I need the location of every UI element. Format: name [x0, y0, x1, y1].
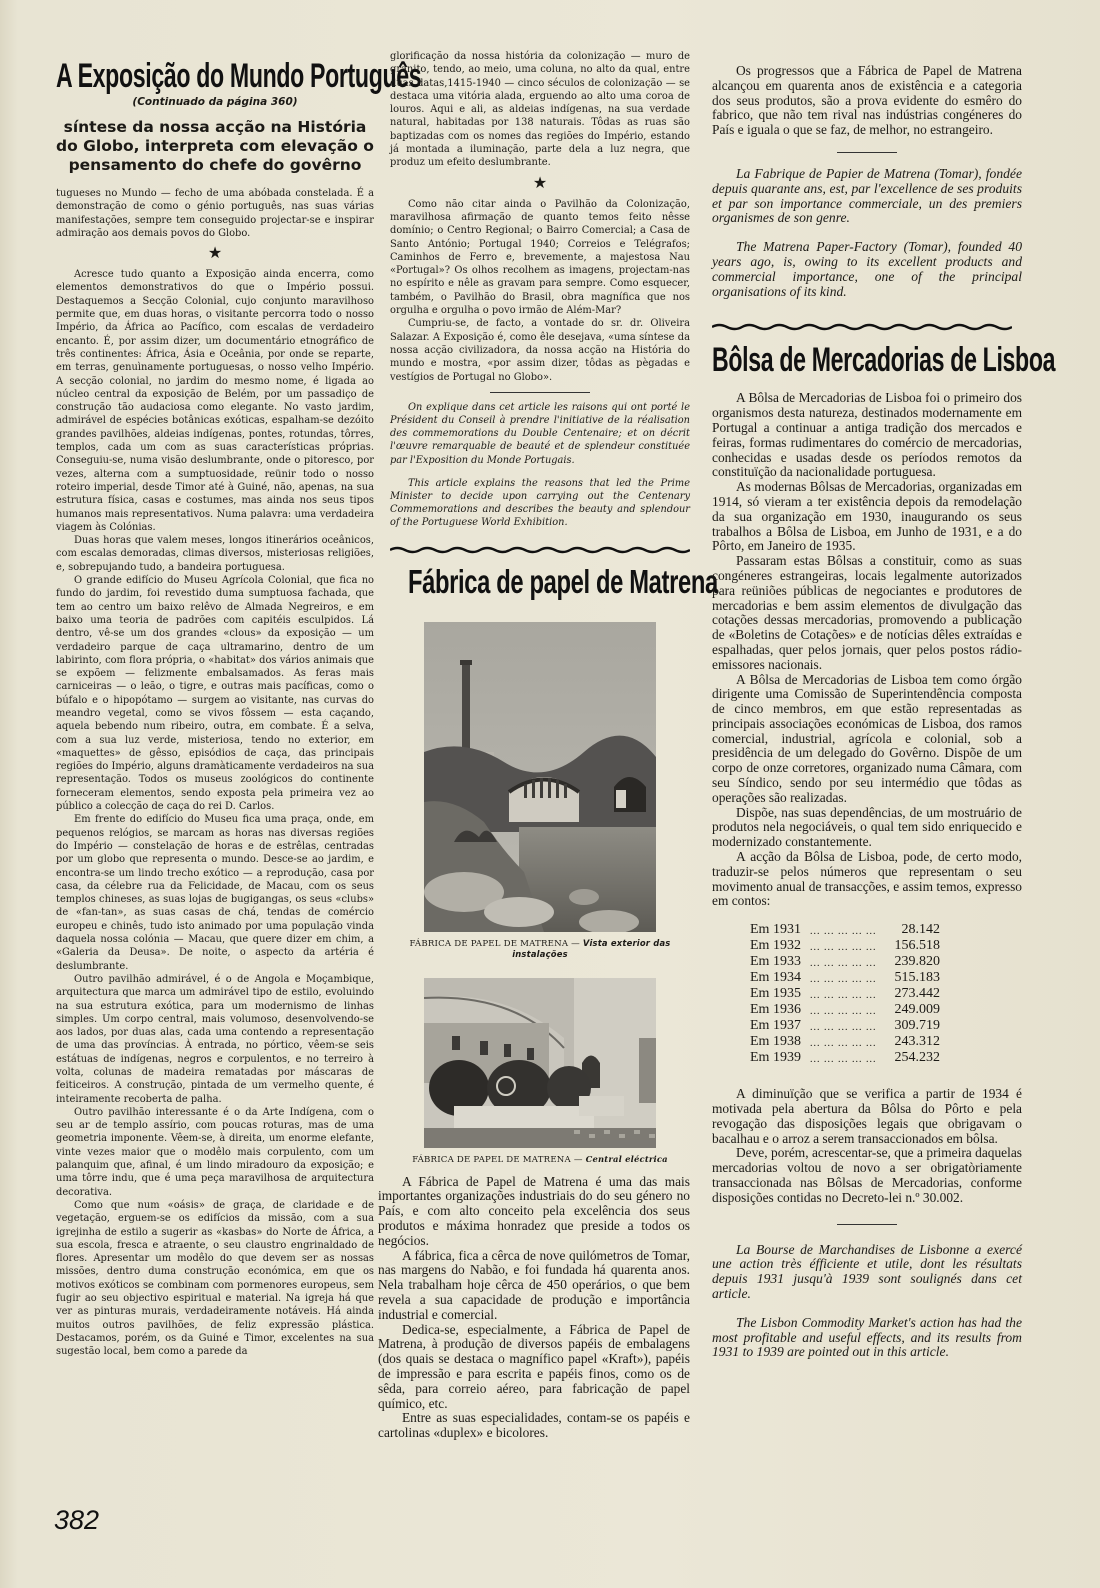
leader-dots: ... ... ... ... ... — [810, 923, 882, 939]
summary-text: This article explains the reasons that l… — [390, 477, 690, 530]
table-row: Em 1937... ... ... ... ...309.719 — [750, 1019, 940, 1035]
year-label: Em 1939 — [750, 1051, 810, 1067]
value: 309.719 — [882, 1019, 940, 1035]
leader-dots: ... ... ... ... ... — [810, 971, 882, 987]
value: 249.009 — [882, 1003, 940, 1019]
paragraph: Duas horas que valem meses, longos itine… — [56, 534, 374, 574]
column-2: glorificação da nossa história da coloni… — [390, 50, 690, 1441]
wavy-rule-divider — [712, 323, 1012, 331]
continued-note: (Continuado da página 360) — [56, 96, 374, 108]
table-row: Em 1936... ... ... ... ...249.009 — [750, 1003, 940, 1019]
wavy-rule-divider — [390, 546, 690, 554]
summary-french: On explique dans cet article les raisons… — [390, 401, 690, 467]
table-row: Em 1934... ... ... ... ...515.183 — [750, 971, 940, 987]
paragraph: A diminuïção que se verifica a partir de… — [712, 1087, 1022, 1146]
year-label: Em 1933 — [750, 955, 810, 971]
article-body-matrena: A Fábrica de Papel de Matrena é uma das … — [378, 1175, 690, 1441]
article-body-bolsa: A Bôlsa de Mercadorias de Lisboa foi o p… — [712, 391, 1022, 909]
paragraph: A Bôlsa de Mercadorias de Lisboa foi o p… — [712, 391, 1022, 480]
paragraph: Os progressos que a Fábrica de Papel de … — [712, 64, 1022, 138]
year-label: Em 1931 — [750, 923, 810, 939]
summary-text: The Lisbon Commodity Market's action has… — [712, 1316, 1022, 1360]
factory-exterior-image — [424, 622, 656, 932]
page-number: 382 — [54, 1505, 99, 1536]
summary-english: This article explains the reasons that l… — [390, 477, 690, 530]
column-1: A Exposição do Mundo Português (Continua… — [56, 58, 374, 1359]
table-row: Em 1933... ... ... ... ...239.820 — [750, 955, 940, 971]
paragraph: A Bôlsa de Mercadorias de Lisboa tem com… — [712, 673, 1022, 806]
summary-text: The Matrena Paper-Factory (Tomar), found… — [712, 240, 1022, 299]
year-label: Em 1934 — [750, 971, 810, 987]
summary-text: La Bourse de Marchandises de Lisbonne a … — [712, 1243, 1022, 1302]
table-row: Em 1939... ... ... ... ...254.232 — [750, 1051, 940, 1067]
photo-factory-exterior — [424, 622, 656, 932]
paragraph: Cumpriu-se, de facto, a vontade do sr. d… — [390, 317, 690, 383]
photo-caption-power-station: FÁBRICA DE PAPEL DE MATRENA — Central el… — [390, 1154, 690, 1165]
caption-text: FÁBRICA DE PAPEL DE MATRENA — — [412, 1155, 585, 1165]
value: 243.312 — [882, 1035, 940, 1051]
article-body-bolsa-cont: A diminuïção que se verifica a partir de… — [712, 1087, 1022, 1205]
leader-dots: ... ... ... ... ... — [810, 1019, 882, 1035]
leader-dots: ... ... ... ... ... — [810, 987, 882, 1003]
paragraph: glorificação da nossa história da coloni… — [390, 50, 690, 170]
table-row: Em 1938... ... ... ... ...243.312 — [750, 1035, 940, 1051]
paragraph: A Fábrica de Papel de Matrena é uma das … — [378, 1175, 690, 1249]
paragraph: Acresce tudo quanto a Exposição ainda en… — [56, 268, 374, 534]
paragraph: Como não citar ainda o Pavilhão da Colon… — [390, 198, 690, 318]
paragraph: A acção da Bôlsa de Lisboa, pode, de cer… — [712, 850, 1022, 909]
divider — [837, 152, 897, 153]
summary-english-bolsa: The Lisbon Commodity Market's action has… — [712, 1316, 1022, 1360]
paragraph: Deve, porém, acrescentar-se, que a prime… — [712, 1146, 1022, 1205]
paragraph: Outro pavilhão interessante é o da Arte … — [56, 1106, 374, 1199]
table-row: Em 1935... ... ... ... ...273.442 — [750, 987, 940, 1003]
article-title-exposicao: A Exposição do Mundo Português — [56, 58, 272, 94]
table-row: Em 1932... ... ... ... ...156.518 — [750, 939, 940, 955]
paragraph: O grande edifício do Museu Agrícola Colo… — [56, 574, 374, 813]
photo-power-station — [424, 978, 656, 1148]
summary-text: La Fabrique de Papier de Matrena (Tomar)… — [712, 167, 1022, 226]
transactions-table: Em 1931... ... ... ... ...28.142 Em 1932… — [750, 923, 1022, 1067]
summary-english-matrena: The Matrena Paper-Factory (Tomar), found… — [712, 240, 1022, 299]
leader-dots: ... ... ... ... ... — [810, 1003, 882, 1019]
summary-french-bolsa: La Bourse de Marchandises de Lisbonne a … — [712, 1243, 1022, 1302]
paragraph: Entre as suas especialidades, contam-se … — [378, 1411, 690, 1441]
magazine-page: A Exposição do Mundo Português (Continua… — [0, 0, 1100, 1588]
paragraph: A fábrica, fica a cêrca de nove quilómet… — [378, 1249, 690, 1323]
year-label: Em 1932 — [750, 939, 810, 955]
year-label: Em 1938 — [750, 1035, 810, 1051]
leader-dots: ... ... ... ... ... — [810, 1051, 882, 1067]
paragraph: Como que num «oásis» de graça, de clarid… — [56, 1199, 374, 1359]
table-row: Em 1931... ... ... ... ...28.142 — [750, 923, 940, 939]
year-label: Em 1937 — [750, 1019, 810, 1035]
column-3: Os progressos que a Fábrica de Papel de … — [712, 64, 1022, 1374]
caption-text: FÁBRICA DE PAPEL DE MATRENA — — [410, 939, 583, 949]
article-subtitle: síntese da nossa acção na História do Gl… — [56, 118, 374, 175]
paragraph: Em frente do edifício do Museu fica uma … — [56, 813, 374, 973]
paragraph: tugueses no Mundo — fecho de uma abóbada… — [56, 187, 374, 240]
divider — [490, 392, 590, 393]
article-title-bolsa: Bôlsa de Mercadorias de Lisboa — [712, 341, 923, 379]
paragraph: Dispõe, nas suas dependências, de um mos… — [712, 806, 1022, 850]
value: 515.183 — [882, 971, 940, 987]
power-station-image — [424, 978, 656, 1148]
article-body-col2: glorificação da nossa história da coloni… — [390, 50, 690, 384]
year-label: Em 1935 — [750, 987, 810, 1003]
article-title-matrena: Fábrica de papel de Matrena — [408, 564, 611, 600]
year-label: Em 1936 — [750, 1003, 810, 1019]
value: 28.142 — [882, 923, 940, 939]
value: 254.232 — [882, 1051, 940, 1067]
summary-french-matrena: La Fabrique de Papier de Matrena (Tomar)… — [712, 167, 1022, 226]
value: 239.820 — [882, 955, 940, 971]
article-body-matrena-cont: Os progressos que a Fábrica de Papel de … — [712, 64, 1022, 138]
value: 156.518 — [882, 939, 940, 955]
leader-dots: ... ... ... ... ... — [810, 955, 882, 971]
leader-dots: ... ... ... ... ... — [810, 939, 882, 955]
paragraph: As modernas Bôlsas de Mercadorias, organ… — [712, 480, 1022, 554]
paragraph: Passaram estas Bôlsas a constituir, como… — [712, 554, 1022, 672]
caption-italic-text: Central eléctrica — [586, 1154, 668, 1164]
star-divider-icon: ★ — [390, 173, 690, 193]
value: 273.442 — [882, 987, 940, 1003]
divider — [837, 1224, 897, 1225]
summary-text: On explique dans cet article les raisons… — [390, 401, 690, 467]
leader-dots: ... ... ... ... ... — [810, 1035, 882, 1051]
article-body-col1: tugueses no Mundo — fecho de uma abóbada… — [56, 187, 374, 1359]
star-divider-icon: ★ — [56, 243, 374, 263]
paragraph: Dedica-se, especialmente, a Fábrica de P… — [378, 1323, 690, 1412]
photo-caption-exterior: FÁBRICA DE PAPEL DE MATRENA — Vista exte… — [390, 938, 690, 960]
paragraph: Outro pavilhão admirável, é o de Angola … — [56, 973, 374, 1106]
